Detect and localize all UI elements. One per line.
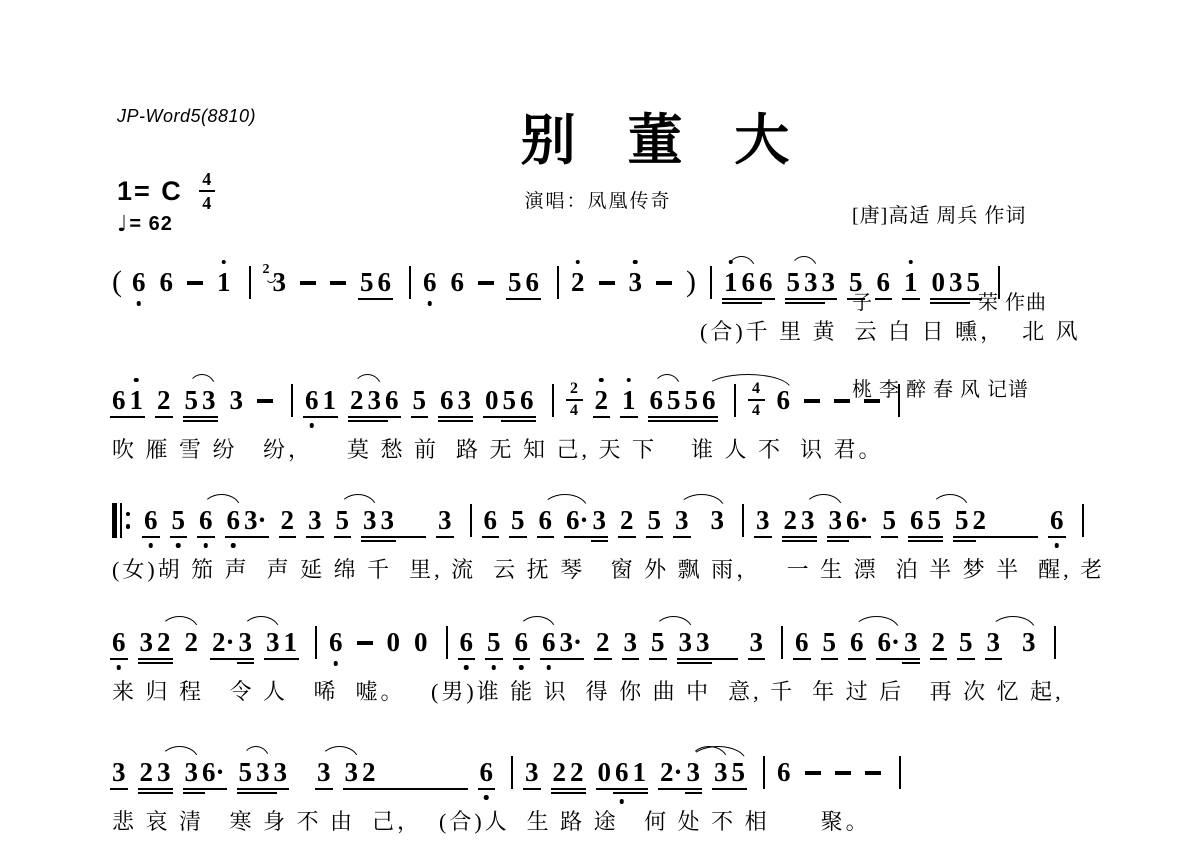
dash-note <box>300 281 316 284</box>
note-digit: 3 <box>822 269 836 296</box>
barline <box>511 756 513 789</box>
beam-line <box>482 536 500 538</box>
note: 5 <box>849 269 863 296</box>
beam-line <box>315 788 333 790</box>
beam-line-2 <box>700 420 718 422</box>
note: 2· <box>212 629 235 656</box>
note: 5 <box>787 269 801 296</box>
note-digit: 1 <box>130 387 144 414</box>
note-digit: 3 <box>381 507 395 534</box>
time-signature: 24 <box>566 381 583 419</box>
note: 5 <box>928 507 942 534</box>
note: 2 <box>281 507 295 534</box>
note-digit: 6· <box>566 507 589 534</box>
note-digit: 5 <box>651 629 665 656</box>
beam-line <box>748 658 766 660</box>
note-digit: 3 <box>363 507 377 534</box>
barline <box>557 266 559 299</box>
note-digit: 2· <box>660 759 683 786</box>
note: 1 <box>130 387 144 414</box>
note-digit: 6 <box>702 387 716 414</box>
beam-line <box>306 536 324 538</box>
dash-note <box>187 281 203 284</box>
notes-row: 6125336123656305624216556446 <box>112 380 1097 420</box>
note-digit: 2 <box>570 759 584 786</box>
note-digit: 2 <box>140 759 154 786</box>
octave-dot-below <box>137 301 142 306</box>
note-digit: 6 <box>850 629 864 656</box>
note: 3 <box>714 759 728 786</box>
performer-subtitle: 演唱：凤凰传奇 <box>524 186 671 213</box>
note: 5 <box>685 387 699 414</box>
beam-line <box>523 788 541 790</box>
beam-line <box>436 536 454 538</box>
note-digit: 3 <box>185 759 199 786</box>
note-digit: 6 <box>112 387 126 414</box>
note: 6 <box>650 387 664 414</box>
note: 5 <box>413 387 427 414</box>
note: 5 <box>172 507 186 534</box>
octave-dot-below <box>176 543 181 548</box>
beam-line <box>509 536 527 538</box>
note-digit: 6 <box>460 629 474 656</box>
beam-line-2 <box>799 540 817 542</box>
dash-note <box>257 399 273 402</box>
note-digit: 5 <box>172 507 186 534</box>
note-digit: 3 <box>801 507 815 534</box>
note: 6 <box>759 269 773 296</box>
note-digit: 3 <box>317 759 331 786</box>
beam-line-2 <box>902 662 920 664</box>
note: 3 <box>266 629 280 656</box>
beam-line-2 <box>694 662 712 664</box>
octave-dot-above <box>909 260 914 265</box>
beam-line-2 <box>237 662 255 664</box>
barline <box>763 756 765 789</box>
dash-note <box>478 281 494 284</box>
note-digit: 5 <box>239 759 253 786</box>
note: 6 <box>160 269 174 296</box>
note-digit: 1 <box>284 629 298 656</box>
repeat-dot <box>126 524 131 529</box>
note-digit: 2 <box>571 269 585 296</box>
lyrics-line: 来 归 程 令 人 唏 嘘。 (男)谁 能 识 得 你 曲 中 意, 千 年 过… <box>112 675 1097 706</box>
note: 2 <box>973 507 987 534</box>
note-digit: 3 <box>266 629 280 656</box>
beam-line <box>593 416 611 418</box>
beam-line <box>793 658 811 660</box>
note-digit: 0 <box>932 269 946 296</box>
beam-line-2 <box>740 302 763 304</box>
note-digit: 6· <box>202 759 225 786</box>
beam-line <box>110 658 128 660</box>
beam-line <box>142 536 160 538</box>
beam-line <box>155 416 173 418</box>
note-digit: 5 <box>787 269 801 296</box>
note: 3 <box>711 507 725 534</box>
score-line-2: 6125336123656305624216556446吹 雁 雪 纷 纷， 莫… <box>112 380 1097 464</box>
note-digit: 3 <box>624 629 638 656</box>
note-digit: 6 <box>650 387 664 414</box>
note-digit: 3· <box>244 507 267 534</box>
song-title: 别 董 大 <box>521 96 790 175</box>
time-sig-denominator: 4 <box>570 403 578 419</box>
meter-numerator: 4 <box>202 170 211 188</box>
note-digit: 5 <box>959 629 973 656</box>
note: 6 <box>484 507 498 534</box>
note: 3 <box>185 759 199 786</box>
note-digit: 6· <box>878 629 901 656</box>
note-digit: 6 <box>440 387 454 414</box>
note-digit: 6 <box>385 387 399 414</box>
note: 6 <box>378 269 392 296</box>
note: 3 <box>317 759 331 786</box>
note: 3 <box>368 387 382 414</box>
octave-dot-below <box>492 665 497 670</box>
note: 2 <box>932 629 946 656</box>
note-digit: 6 <box>759 269 773 296</box>
barline <box>742 504 744 537</box>
note-digit: 6 <box>526 269 540 296</box>
note-digit: 1 <box>217 269 231 296</box>
fraction-bar <box>199 190 215 192</box>
note: 3 <box>624 629 638 656</box>
note: 3 <box>381 507 395 534</box>
tempo-value: = 62 <box>129 213 172 236</box>
note: 3· <box>244 507 267 534</box>
lyrics-line: (合)千 里 黄 云 白 日 曛， 北 风 <box>112 315 1097 346</box>
note-digit: 2 <box>185 629 199 656</box>
note: 6 <box>910 507 924 534</box>
meter-denominator: 4 <box>202 194 211 212</box>
note-digit: 6 <box>520 387 534 414</box>
note: 3 <box>363 507 377 534</box>
note: 6 <box>199 507 213 534</box>
barline <box>1054 626 1056 659</box>
note-digit: 2 <box>784 507 798 534</box>
barline <box>446 626 448 659</box>
note: 3 <box>525 759 539 786</box>
note-digit: 3 <box>256 759 270 786</box>
note-digit: 3 <box>679 629 693 656</box>
note-digit: 3 <box>308 507 322 534</box>
beam-line <box>155 788 173 790</box>
note: 2 <box>571 269 585 296</box>
note: 6 <box>615 759 629 786</box>
note-digit: 1 <box>724 269 738 296</box>
note: 0 <box>932 269 946 296</box>
note-digit: 5 <box>185 387 199 414</box>
note: 5 <box>883 507 897 534</box>
note-digit: 6 <box>378 269 392 296</box>
beam-line <box>197 536 215 538</box>
note: 3 <box>987 629 1001 656</box>
note-digit: 5 <box>955 507 969 534</box>
sheet-music-page: JP-Word5(8810) 别 董 大 演唱：凤凰传奇 [唐]高适 周兵 作词… <box>0 0 1200 850</box>
note: 3 <box>904 629 918 656</box>
note-digit: 2 <box>157 387 171 414</box>
note-digit: 5 <box>648 507 662 534</box>
barline <box>552 384 554 417</box>
note: 6 <box>460 629 474 656</box>
time-sig-denominator: 4 <box>752 403 760 419</box>
note: 6 <box>112 629 126 656</box>
parenthesis: ) <box>686 267 696 297</box>
note: 5 <box>959 629 973 656</box>
barline <box>710 266 712 299</box>
note: 2 <box>157 387 171 414</box>
note: 3 <box>239 629 253 656</box>
note: 3 <box>756 507 770 534</box>
note-digit: 6 <box>777 387 791 414</box>
octave-dot-below <box>428 301 433 306</box>
note-digit: 5 <box>667 387 681 414</box>
barline <box>291 384 293 417</box>
score-line-5: 32336·53333263220612·3356悲 哀 清 寒 身 不 由 己… <box>112 752 1097 836</box>
note: 6 <box>227 507 241 534</box>
note: 6 <box>742 269 756 296</box>
note: 6 <box>480 759 494 786</box>
beam-line <box>700 416 718 418</box>
beam-line <box>902 298 920 300</box>
octave-dot-above <box>134 378 139 383</box>
note: 3 <box>274 759 288 786</box>
note-digit: 1 <box>323 387 337 414</box>
dash-note <box>656 281 672 284</box>
note: 2 <box>157 629 171 656</box>
note-digit: 5 <box>967 269 981 296</box>
beam-line <box>128 416 146 418</box>
note-digit: 5 <box>487 629 501 656</box>
note: 5 <box>651 629 665 656</box>
beam-line <box>848 658 866 660</box>
note-digit: 3· <box>560 629 583 656</box>
barline <box>1082 504 1084 537</box>
note-digit: 5 <box>823 629 837 656</box>
lyrics-line: 悲 哀 清 寒 身 不 由 己， (合)人 生 路 途 何 处 不 相 聚。 <box>112 805 1097 836</box>
repeat-sign <box>112 503 130 538</box>
beam-line <box>155 658 173 660</box>
dash-note <box>805 771 821 774</box>
beam-line-2 <box>568 792 586 794</box>
note-digit: 3 <box>629 269 643 296</box>
beam-line <box>757 298 775 300</box>
note-digit: 5 <box>883 507 897 534</box>
beam-line <box>478 788 496 790</box>
note-digit: 6 <box>480 759 494 786</box>
note-digit: 3 <box>1022 629 1036 656</box>
note-digit: 6 <box>877 269 891 296</box>
note: 5 <box>667 387 681 414</box>
note-digit: 6 <box>451 269 465 296</box>
note: 6 <box>539 507 553 534</box>
note: 2 <box>140 759 154 786</box>
note: 6 <box>777 759 791 786</box>
beam-line <box>568 788 586 790</box>
dash-note <box>804 399 820 402</box>
dash-note <box>599 281 615 284</box>
octave-dot-above <box>599 378 604 383</box>
notes-row: 32336·53333263220612·3356 <box>112 752 1097 792</box>
note-digit: 5 <box>685 387 699 414</box>
note: 6 <box>423 269 437 296</box>
note: 2 <box>553 759 567 786</box>
barline <box>470 504 472 537</box>
note-digit: 5 <box>928 507 942 534</box>
note-digit: 6 <box>423 269 437 296</box>
note: 2 <box>595 387 609 414</box>
beam-line <box>537 536 555 538</box>
note: 1 <box>633 759 647 786</box>
dash-note <box>330 281 346 284</box>
time-sig-bar <box>748 399 765 401</box>
note: 2 <box>596 629 610 656</box>
note-digit: 3 <box>675 507 689 534</box>
beam-line <box>631 788 649 790</box>
repeat-thin-bar <box>120 503 122 538</box>
note-digit: 2 <box>620 507 634 534</box>
repeat-dots <box>126 512 131 529</box>
note-digit: 6 <box>1050 507 1064 534</box>
note-digit: 6 <box>777 759 791 786</box>
note: 5 <box>185 387 199 414</box>
beam-line-2 <box>379 540 397 542</box>
beam-line <box>279 536 297 538</box>
note: 5 <box>732 759 746 786</box>
note: 3 <box>256 759 270 786</box>
note: 5 <box>967 269 981 296</box>
score-line-3: 65663·2353336566·3253332336·565526(女)胡 笳… <box>112 500 1097 584</box>
note: 6 <box>1050 507 1064 534</box>
note: 6 <box>702 387 716 414</box>
note: 5 <box>648 507 662 534</box>
note-digit: 3 <box>750 629 764 656</box>
note-digit: 3 <box>804 269 818 296</box>
note: 3· <box>560 629 583 656</box>
note-digit: 3 <box>696 629 710 656</box>
note-digit: 3 <box>711 507 725 534</box>
note-digit: 5 <box>360 269 374 296</box>
beam-line <box>334 536 352 538</box>
note-digit: 3 <box>239 629 253 656</box>
key-signature: 1= C 4 4 <box>117 170 215 212</box>
beam-line-2 <box>155 662 173 664</box>
note: 6 <box>329 629 343 656</box>
note-digit: 3 <box>140 629 154 656</box>
beam-line <box>957 658 975 660</box>
note: 2 <box>185 629 199 656</box>
note-digit: 3 <box>157 759 171 786</box>
note: 3 <box>273 269 287 296</box>
note-digit: 5 <box>508 269 522 296</box>
beam-line-2 <box>183 792 206 794</box>
beam-line <box>518 416 536 418</box>
beam-line-2 <box>802 302 825 304</box>
note-digit: 3 <box>368 387 382 414</box>
beam-line <box>379 536 427 538</box>
note-digit: 6 <box>910 507 924 534</box>
beam-line <box>110 788 128 790</box>
note-digit: 0 <box>414 629 428 656</box>
note-digit: 3 <box>438 507 452 534</box>
note-digit: 2 <box>973 507 987 534</box>
credit-lyricist: [唐]高适 周兵 作词 <box>852 202 1047 231</box>
note-digit: 5 <box>503 387 517 414</box>
note: 6 <box>777 387 791 414</box>
note: 3 <box>829 507 843 534</box>
time-sig-bar <box>566 399 583 401</box>
note-digit: 6 <box>132 269 146 296</box>
beam-line <box>985 658 1003 660</box>
beam-line <box>282 658 300 660</box>
note: 2 <box>570 759 584 786</box>
note-digit: 3 <box>593 507 607 534</box>
note: 2 <box>362 759 376 786</box>
note-digit: 6 <box>199 507 213 534</box>
beam-line <box>730 788 748 790</box>
note-digit: 5 <box>511 507 525 534</box>
barline <box>249 266 251 299</box>
beam-line <box>458 658 476 660</box>
octave-dot-below <box>149 543 154 548</box>
note: 6· <box>566 507 589 534</box>
note-digit: 5 <box>336 507 350 534</box>
note: 6 <box>877 269 891 296</box>
note: 3 <box>822 269 836 296</box>
note: 3 <box>458 387 472 414</box>
note: 3 <box>202 387 216 414</box>
octave-dot-below <box>547 665 552 670</box>
notes-row: 63222·33160065663·2353336566·32533 <box>112 622 1097 662</box>
octave-dot-below <box>519 665 524 670</box>
score-line-1: (6612356665623)166533561035(合)千 里 黄 云 白 … <box>112 262 1097 346</box>
beam-line <box>594 658 612 660</box>
note-digit: 5 <box>413 387 427 414</box>
note-digit: 2 <box>595 387 609 414</box>
octave-dot-above <box>222 260 227 265</box>
beam-line <box>673 536 691 538</box>
note: 6 <box>526 269 540 296</box>
parenthesis: ( <box>112 267 122 297</box>
beam-line-2 <box>155 792 173 794</box>
note-digit: 6 <box>160 269 174 296</box>
note-digit: 1 <box>622 387 636 414</box>
note: 1 <box>904 269 918 296</box>
beam-line <box>411 416 429 418</box>
beam-line <box>754 536 772 538</box>
tempo-marking: ♩ = 62 <box>117 212 173 237</box>
beam-line-2 <box>591 540 609 542</box>
beam-line <box>170 536 188 538</box>
note: 0 <box>387 629 401 656</box>
beam-line-2 <box>366 420 389 422</box>
beam-line <box>200 788 227 790</box>
note-digit: 3 <box>714 759 728 786</box>
note: 6 <box>132 269 146 296</box>
note: 3 <box>696 629 710 656</box>
beam-line-2 <box>456 420 474 422</box>
note-digit: 2 <box>553 759 567 786</box>
note: 6 <box>850 629 864 656</box>
note: 5 <box>511 507 525 534</box>
beam-line <box>847 298 865 300</box>
dash-note <box>834 399 850 402</box>
note: 5 <box>487 629 501 656</box>
note-digit: 3 <box>987 629 1001 656</box>
beam-line-2 <box>953 540 976 542</box>
octave-dot-below <box>334 661 339 666</box>
beam-line <box>558 658 585 660</box>
